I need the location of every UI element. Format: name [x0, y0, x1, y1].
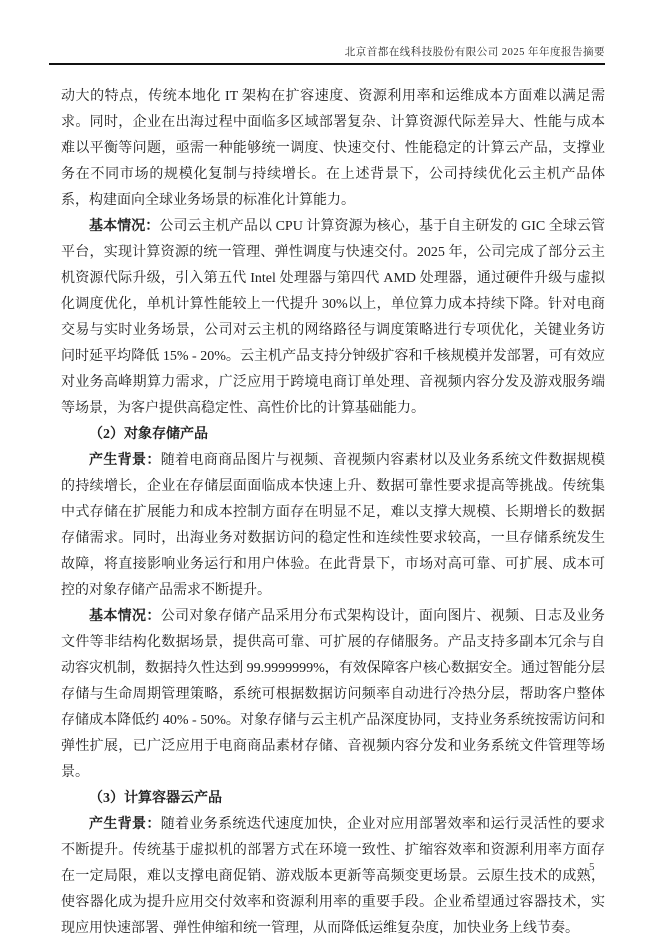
paragraph-lead: 产生背景：	[89, 453, 161, 468]
paragraph: 动大的特点，传统本地化 IT 架构在扩容速度、资源利用率和运维成本方面难以满足需…	[61, 84, 605, 214]
paragraph-text: 随着电商商品图片与视频、音视频内容素材以及业务系统文件数据规模的持续增长，企业在…	[61, 453, 605, 598]
paragraph-lead: 产生背景：	[89, 817, 161, 832]
paragraph-lead: 基本情况：	[89, 219, 159, 234]
paragraph-lead: 基本情况：	[89, 609, 161, 624]
document-body: 动大的特点，传统本地化 IT 架构在扩容速度、资源利用率和运维成本方面难以满足需…	[61, 84, 605, 936]
paragraph-text: 公司云主机产品以 CPU 计算资源为核心，基于自主研发的 GIC 全球云管平台，…	[61, 219, 605, 416]
page-header-title: 北京首都在线科技股份有限公司 2025 年年度报告摘要	[49, 44, 605, 59]
section-heading: （2）对象存储产品	[61, 422, 605, 448]
paragraph-text: 动大的特点，传统本地化 IT 架构在扩容速度、资源利用率和运维成本方面难以满足需…	[61, 89, 605, 208]
paragraph: 基本情况：公司云主机产品以 CPU 计算资源为核心，基于自主研发的 GIC 全球…	[61, 214, 605, 422]
paragraph: 产生背景：随着电商商品图片与视频、音视频内容素材以及业务系统文件数据规模的持续增…	[61, 448, 605, 604]
section-heading: （3）计算容器云产品	[61, 786, 605, 812]
paragraph: 基本情况：公司对象存储产品采用分布式架构设计，面向图片、视频、日志及业务文件等非…	[61, 604, 605, 786]
header-divider	[49, 63, 605, 65]
paragraph-text: 公司对象存储产品采用分布式架构设计，面向图片、视频、日志及业务文件等非结构化数据…	[61, 609, 605, 780]
page-number: 5	[589, 861, 595, 873]
report-page: 北京首都在线科技股份有限公司 2025 年年度报告摘要 动大的特点，传统本地化 …	[0, 0, 662, 936]
paragraph: 产生背景：随着业务系统迭代速度加快，企业对应用部署效率和运行灵活性的要求不断提升…	[61, 812, 605, 936]
paragraph-text: 随着业务系统迭代速度加快，企业对应用部署效率和运行灵活性的要求不断提升。传统基于…	[61, 817, 605, 936]
